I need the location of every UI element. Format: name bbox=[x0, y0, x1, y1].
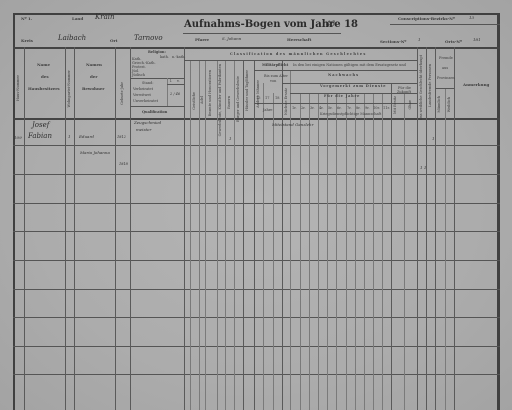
ort-value: Tarnovo bbox=[134, 34, 163, 42]
col-line bbox=[327, 93, 328, 410]
hausbesitzer-header-3: Hausbesitzers bbox=[28, 86, 60, 91]
classification-col: Bürger und Gewerbsleute bbox=[236, 76, 240, 122]
sheet-number: Nº 1. bbox=[21, 16, 32, 21]
col-line bbox=[74, 47, 75, 410]
col-line bbox=[336, 93, 337, 410]
stand-row: Verwitwet bbox=[133, 93, 151, 97]
classification-col: Häusler und Taglöhner bbox=[245, 70, 249, 111]
classification-title: Classification des männlichen Geschlecht… bbox=[230, 52, 367, 56]
col-line bbox=[243, 60, 244, 410]
col-line bbox=[445, 88, 446, 410]
vorgemerkt-header: Vorgemerkt zum Dienste bbox=[320, 84, 386, 88]
jahrgang-col: 11r. bbox=[383, 106, 390, 110]
stand-value: 2 / 46 bbox=[170, 92, 180, 96]
jahrgang-col: 1r. bbox=[292, 106, 297, 110]
stand-bottom bbox=[130, 106, 184, 107]
ort-label: Ort bbox=[110, 38, 117, 43]
herrschaft-label: Herrschaft bbox=[287, 37, 311, 42]
col-line bbox=[282, 60, 283, 410]
haus-nummer-header: Haus-Nummer bbox=[16, 75, 20, 101]
col-line bbox=[318, 93, 319, 410]
col-line bbox=[65, 47, 66, 410]
stand-title: Stand: bbox=[142, 81, 154, 85]
col-line bbox=[254, 60, 255, 410]
jahrgang-col: 3r. bbox=[310, 106, 315, 110]
fremde-header: Fremde bbox=[439, 56, 453, 60]
entry-qualification-1: Zeugschmied bbox=[134, 120, 161, 125]
col-line bbox=[426, 47, 427, 410]
col-line bbox=[346, 93, 347, 410]
entry-qualification-2: meister bbox=[136, 127, 151, 132]
jahrgang-col: 2r. bbox=[301, 106, 306, 110]
fremde-header: aus bbox=[442, 66, 448, 70]
zukunft-sub: Mit Besitz bbox=[393, 96, 397, 114]
bewohner-header-2: der bbox=[90, 74, 97, 79]
conscription-label: Conscriptions-Bezirks-Nº bbox=[398, 16, 455, 21]
classification-col: Bauern bbox=[227, 96, 231, 109]
classification-col: Gewerbsleute, Künstler und Fabrikanten bbox=[218, 64, 222, 136]
census-sheet: Nº 1. Land Krain Aufnahms-Bogen vom Jahr… bbox=[0, 0, 512, 410]
kreis-label: Kreis bbox=[21, 38, 33, 43]
nachwachs-header: Nachwachs bbox=[328, 73, 359, 77]
entry-classification-note: Mitelstand Ganzlehr bbox=[272, 122, 313, 127]
jahre-label: Jahre bbox=[263, 108, 273, 112]
kriegsdienst-label: Kriegsdienstpflichtige Mannschaft bbox=[320, 112, 381, 116]
subheader-line bbox=[254, 70, 417, 71]
entry-bewohner: Eduard bbox=[79, 134, 94, 139]
entry-tally-weiblich: 1 1 bbox=[420, 165, 426, 170]
col-line bbox=[404, 93, 405, 410]
stand-col: v. bbox=[177, 79, 180, 83]
entry-tally-2: 1 bbox=[432, 136, 435, 141]
jahrgang-col: 7r. bbox=[347, 106, 352, 110]
conscription-value: 13 bbox=[469, 15, 474, 20]
col-line bbox=[234, 60, 235, 410]
col-line bbox=[300, 93, 301, 410]
pfarre-value: S. Johann bbox=[222, 36, 241, 41]
religion-row: Jüdisch bbox=[132, 73, 145, 77]
jahrgang-col: 9r. bbox=[365, 106, 370, 110]
ersatz-header: In den bei einigen Nationen gültigen mit… bbox=[293, 63, 406, 67]
col-line bbox=[454, 47, 455, 410]
bewohner-header-3: Bewohner bbox=[82, 86, 105, 91]
land-value: Krain bbox=[95, 13, 115, 21]
bewohner-header-1: Namen bbox=[86, 62, 102, 67]
col-line bbox=[184, 47, 185, 410]
geburtsjahr-header: Geburts-Jahr bbox=[120, 82, 124, 105]
col-line bbox=[382, 93, 383, 410]
col-line bbox=[115, 47, 116, 410]
stand-header-line bbox=[167, 84, 184, 85]
wohnpartei-header: Wohnpartei-Nummer bbox=[67, 70, 71, 107]
fremde-header: Provinzen bbox=[437, 76, 455, 80]
classification-col: Andere Männer bbox=[256, 80, 260, 108]
classification-col: Beamte und Honoratioren bbox=[208, 70, 212, 116]
entry-wohnpartei: 1 bbox=[68, 134, 71, 139]
religion-col: kath. bbox=[160, 55, 169, 59]
col-line bbox=[190, 60, 191, 410]
militaer-sub: von bbox=[270, 79, 276, 83]
year-value: 46 bbox=[326, 20, 335, 28]
entry-geburtsjahr: 1818 bbox=[119, 162, 128, 166]
col-line bbox=[435, 47, 436, 410]
stand-row: Verheiratet bbox=[133, 87, 153, 91]
col-line bbox=[373, 93, 374, 410]
religion-bottom bbox=[130, 78, 184, 79]
col-line bbox=[355, 93, 356, 410]
jahrgang-col: 4r. bbox=[319, 106, 324, 110]
entry-haus-nummer: 109 bbox=[14, 135, 22, 140]
entry-tally-1: 1 bbox=[229, 136, 232, 141]
stand-divider bbox=[167, 78, 168, 106]
fremde-sub: Weiblich bbox=[447, 97, 451, 112]
stand-col: l. bbox=[170, 79, 172, 83]
classification-col: Adel bbox=[200, 96, 204, 104]
year-col: 17 bbox=[265, 96, 269, 100]
kreis-value: Laibach bbox=[58, 34, 86, 42]
sections-value: 1 bbox=[418, 37, 421, 42]
classification-title-line bbox=[184, 60, 417, 61]
col-line bbox=[130, 47, 131, 410]
religion-col: n.-kath. bbox=[172, 55, 186, 59]
anmerkung-header: Anmerkung bbox=[463, 82, 489, 87]
year-col: 15 bbox=[256, 96, 260, 100]
weibliches-header: Das weibliche Geschlecht überhaupt bbox=[419, 55, 423, 120]
title-underline bbox=[183, 33, 341, 34]
entry-bewohner: Maria Johanna bbox=[80, 150, 110, 155]
stand-row: Unverheiratet bbox=[133, 99, 158, 103]
zukunft-sub: Ohne bbox=[408, 100, 412, 109]
fuer-jahre-header: Für die Jahre bbox=[324, 94, 360, 98]
orts-label: Orts-Nº bbox=[445, 39, 462, 44]
col-line bbox=[391, 83, 392, 410]
entry-hausbesitzer-first: Josef bbox=[32, 121, 49, 129]
fremde-sub: Männlich bbox=[437, 96, 441, 113]
col-line bbox=[290, 70, 291, 410]
militaer-sub: Bis zum Alter bbox=[264, 74, 288, 78]
entry-geburtsjahr: 1812 bbox=[117, 135, 126, 139]
religion-title: Religion: bbox=[148, 50, 166, 54]
land-label: Land bbox=[72, 16, 83, 21]
col-line bbox=[205, 60, 206, 410]
militaer-header: Militärpflicht bbox=[262, 63, 288, 67]
conscription-underline bbox=[390, 24, 500, 25]
col-line bbox=[364, 93, 365, 410]
year-col: 18 bbox=[275, 96, 279, 100]
col-line bbox=[263, 83, 264, 410]
pfarre-label: Pfarre bbox=[195, 37, 209, 42]
col-line bbox=[24, 47, 25, 410]
qualification-header: Qualification bbox=[142, 110, 167, 114]
entry-hausbesitzer-last: Fabian bbox=[28, 132, 52, 140]
hausbesitzer-header-2: des bbox=[41, 74, 49, 79]
hausbesitzer-header-1: Name bbox=[37, 62, 50, 67]
col-line bbox=[199, 60, 200, 410]
jahrgang-col: 8r. bbox=[356, 106, 361, 110]
subheader-line bbox=[435, 88, 454, 89]
jahrgang-col: 5r. bbox=[328, 106, 333, 110]
col-line bbox=[273, 93, 274, 410]
orts-value: 181 bbox=[473, 37, 481, 42]
jahrgang-col: 6r. bbox=[337, 106, 342, 110]
jahrgang-col: 10r. bbox=[373, 106, 380, 110]
naechste-ersatz: Nächste Ersatz bbox=[284, 88, 288, 115]
classification-col: Geistliche bbox=[192, 92, 196, 110]
landleute-header: Landesfremde Personen bbox=[428, 64, 432, 107]
col-line bbox=[417, 47, 418, 410]
sections-label: Sections-Nº bbox=[380, 39, 406, 44]
col-line bbox=[225, 60, 226, 410]
zukunft-header: Zukunft bbox=[397, 90, 411, 94]
col-line bbox=[309, 93, 310, 410]
